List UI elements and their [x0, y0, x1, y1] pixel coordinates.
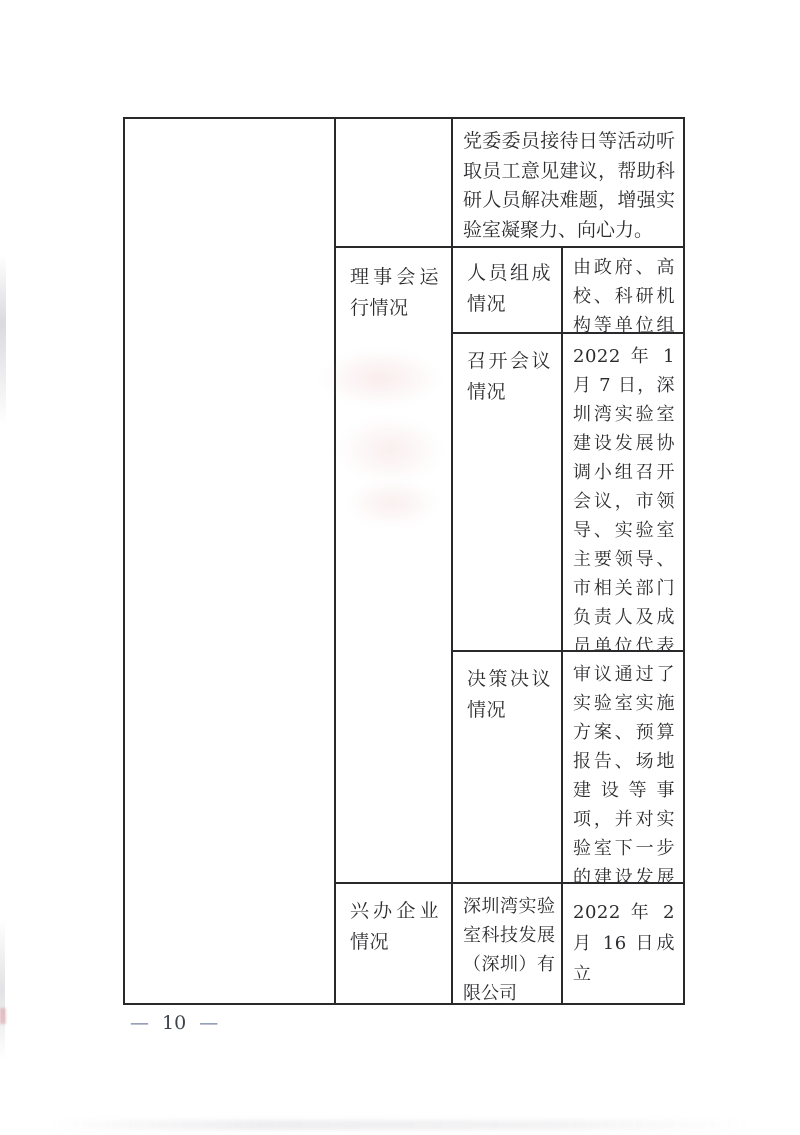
cell-value-decisions-resolutions: 审议通过了实验室实施方案、预算报告、场地建设等事项，并对实验室下一步的建设发展作…	[563, 652, 683, 882]
cell-value-enterprise-name: 深圳湾实验室科技发展（深圳）有限公司	[453, 884, 561, 1003]
scan-edge-mark	[0, 1008, 6, 1024]
scan-edge-streak	[0, 920, 5, 1060]
page-number-value: 10	[162, 1012, 186, 1034]
scan-bottom-smudge	[50, 1120, 750, 1130]
cell-value-meetings-held: 2022 年 1 月 7 日，深圳湾实验室建设发展协调小组召开会议，市领导、实验…	[563, 334, 683, 650]
cell-label-meetings-held: 召开会议情况	[453, 334, 561, 434]
cell-value-personnel-composition: 由政府、高校、科研机构等单位组成	[563, 248, 683, 332]
page-number: — 10 —	[130, 1012, 240, 1034]
cell-label-personnel-composition: 人员组成情况	[453, 248, 561, 332]
cell-label-enterprise-founding: 兴办企业情况	[336, 884, 451, 1003]
page-number-left-dash: —	[130, 1012, 149, 1034]
cell-value-enterprise-founded-date: 2022 年 2 月 16 日成立	[563, 884, 683, 1003]
cell-label-decisions-resolutions: 决策决议情况	[453, 652, 561, 752]
cell-party-activity-continuation: 党委委员接待日等活动听取员工意见建议，帮助科研人员解决难题，增强实验室凝聚力、向…	[453, 121, 683, 246]
scan-edge-streak	[0, 255, 6, 425]
report-table: 党委委员接待日等活动听取员工意见建议，帮助科研人员解决难题，增强实验室凝聚力、向…	[123, 117, 685, 1005]
cell-label-council-operation: 理事会运行情况	[336, 248, 451, 548]
page-number-right-dash: —	[199, 1012, 218, 1034]
